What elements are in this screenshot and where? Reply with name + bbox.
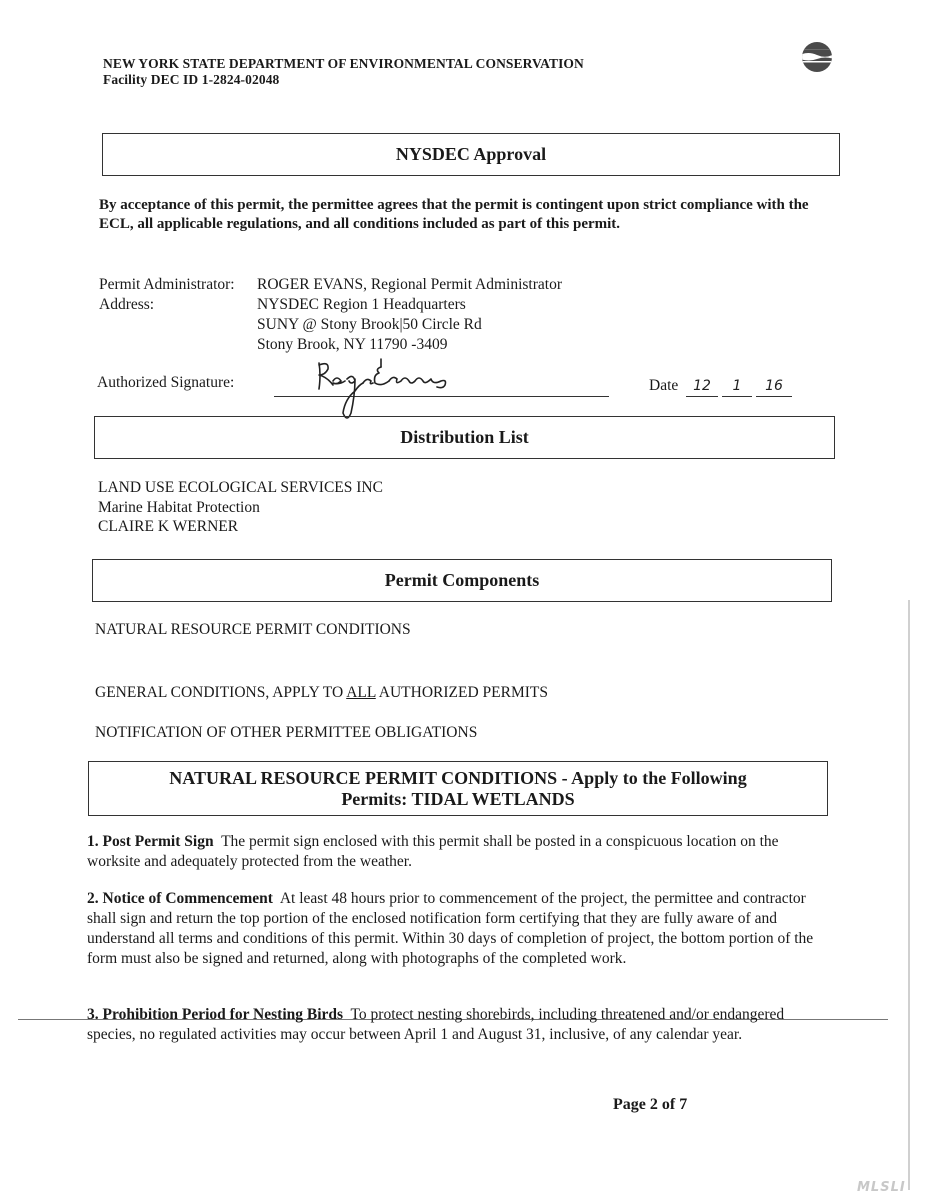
condition-number: 3.	[87, 1006, 99, 1023]
condition-heading: Prohibition Period for Nesting Birds	[103, 1006, 344, 1023]
condition-number: 2.	[87, 890, 99, 907]
document-header: NEW YORK STATE DEPARTMENT OF ENVIRONMENT…	[103, 56, 584, 88]
conditions-title-line1: NATURAL RESOURCE PERMIT CONDITIONS - App…	[169, 768, 746, 788]
distribution-line: CLAIRE K WERNER	[98, 517, 383, 537]
facility-id: Facility DEC ID 1-2824-02048	[103, 72, 584, 88]
conditions-title-line: Permits: TIDAL WETLANDS	[341, 789, 574, 810]
condition-number: 1.	[87, 833, 99, 850]
signature-label: Authorized Signature:	[97, 374, 234, 392]
condition-item: 1. Post Permit Sign The permit sign encl…	[87, 832, 817, 872]
watermark: MLSLI	[857, 1180, 906, 1195]
general-underlined: ALL	[346, 684, 376, 701]
date-label: Date	[649, 377, 678, 395]
page-edge-line	[908, 600, 910, 1190]
date-day: 1	[722, 378, 752, 397]
general-prefix: GENERAL CONDITIONS, APPLY TO	[95, 684, 346, 701]
components-section-title: Permit Components	[92, 559, 832, 602]
page-number: Page 2 of 7	[613, 1096, 687, 1114]
address-line: SUNY @ Stony Brook|50 Circle Rd	[257, 315, 482, 335]
distribution-title-text: Distribution List	[400, 427, 529, 448]
component-item: NOTIFICATION OF OTHER PERMITTEE OBLIGATI…	[95, 724, 477, 742]
distribution-line: LAND USE ECOLOGICAL SERVICES INC	[98, 478, 383, 498]
administrator-label: Permit Administrator:	[99, 275, 235, 295]
conditions-title-line: NATURAL RESOURCE PERMIT CONDITIONS - App…	[169, 768, 746, 789]
address-line: Stony Brook, NY 11790 -3409	[257, 335, 447, 355]
address-label: Address:	[99, 295, 154, 315]
component-item: NATURAL RESOURCE PERMIT CONDITIONS	[95, 621, 411, 639]
approval-section-title: NYSDEC Approval	[102, 133, 840, 176]
components-title-text: Permit Components	[385, 570, 539, 591]
distribution-list: LAND USE ECOLOGICAL SERVICES INC Marine …	[98, 478, 383, 537]
condition-heading: Post Permit Sign	[103, 833, 214, 850]
condition-item: 3. Prohibition Period for Nesting Birds …	[87, 1005, 817, 1045]
administrator-value: ROGER EVANS, Regional Permit Administrat…	[257, 275, 562, 295]
distribution-section-title: Distribution List	[94, 416, 835, 459]
nysdec-logo-icon	[800, 40, 834, 74]
distribution-line: Marine Habitat Protection	[98, 498, 383, 518]
general-suffix: AUTHORIZED PERMITS	[376, 684, 548, 701]
agency-name: NEW YORK STATE DEPARTMENT OF ENVIRONMENT…	[103, 56, 584, 72]
approval-title-text: NYSDEC Approval	[396, 144, 546, 165]
date-year: 16	[756, 378, 792, 397]
component-item-general: GENERAL CONDITIONS, APPLY TO ALL AUTHORI…	[95, 684, 548, 702]
condition-item: 2. Notice of Commencement At least 48 ho…	[87, 889, 817, 969]
acceptance-statement: By acceptance of this permit, the permit…	[99, 196, 819, 234]
conditions-section-title: NATURAL RESOURCE PERMIT CONDITIONS - App…	[88, 761, 828, 816]
address-line: NYSDEC Region 1 Headquarters	[257, 295, 466, 315]
condition-heading: Notice of Commencement	[103, 890, 273, 907]
date-month: 12	[686, 378, 718, 397]
